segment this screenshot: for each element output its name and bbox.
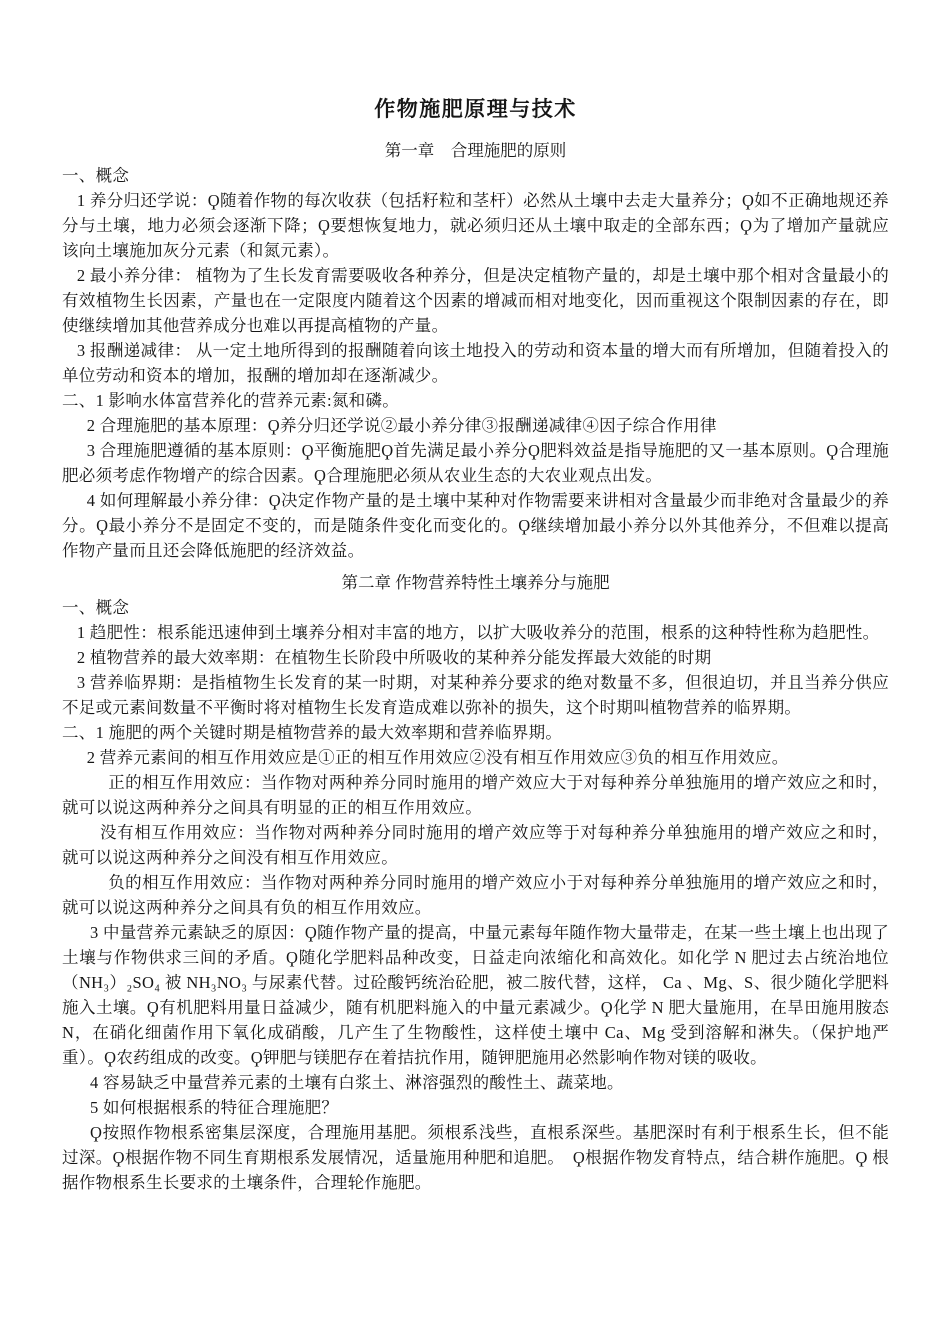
paragraph: Ϙ按照作物根系密集层深度，合理施用基肥。须根系浅些，直根系深些。基肥深时有利于根… [62, 1120, 889, 1195]
chapter-2-heading: 第二章 作物营养特性土壤养分与施肥 [62, 570, 889, 595]
paragraph: 2 最小养分律： 植物为了生长发育需要吸收各种养分，但是决定植物产量的，却是土壤… [62, 263, 889, 338]
paragraph: 4 如何理解最小养分律：Ϙ决定作物产量的是土壤中某种对作物需要来讲相对含量最少而… [62, 488, 889, 563]
document-page: 作物施肥原理与技术 第一章 合理施肥的原则 一、概念 1 养分归还学说：Ϙ随着作… [0, 0, 950, 1344]
paragraph: 2 合理施肥的基本原理：Ϙ养分归还学说②最小养分律③报酬递减律④因子综合作用律 [62, 413, 889, 438]
paragraph: 二、1 施肥的两个关键时期是植物营养的最大效率期和营养临界期。 [62, 720, 889, 745]
paragraph: 1 养分归还学说：Ϙ随着作物的每次收获（包括籽粒和茎杆）必然从土壤中去走大量养分… [62, 188, 889, 263]
paragraph: 二、1 影响水体富营养化的营养元素:氮和磷。 [62, 388, 889, 413]
paragraph: 1 趋肥性：根系能迅速伸到土壤养分相对丰富的地方，以扩大吸收养分的范围，根系的这… [62, 620, 889, 645]
chapter-1-heading: 第一章 合理施肥的原则 [62, 138, 889, 163]
paragraph: 3 合理施肥遵循的基本原则：Ϙ平衡施肥Ϙ首先满足最小养分Ϙ肥料效益是指导施肥的又… [62, 438, 889, 488]
paragraph: 3 中量营养元素缺乏的原因：Ϙ随作物产量的提高，中量元素每年随作物大量带走，在某… [62, 920, 889, 1070]
paragraph: 4 容易缺乏中量营养元素的土壤有白浆土、淋溶强烈的酸性土、蔬菜地。 [62, 1070, 889, 1095]
paragraph: 正的相互作用效应：当作物对两种养分同时施用的增产效应大于对每种养分单独施用的增产… [62, 770, 889, 820]
paragraph: 2 营养元素间的相互作用效应是①正的相互作用效应②没有相互作用效应③负的相互作用… [62, 745, 889, 770]
paragraph: 2 植物营养的最大效率期：在植物生长阶段中所吸收的某种养分能发挥最大效能的时期 [62, 645, 889, 670]
paragraph: 3 报酬递减律： 从一定土地所得到的报酬随着向该土地投入的劳动和资本量的增大而有… [62, 338, 889, 388]
paragraph: 负的相互作用效应：当作物对两种养分同时施用的增产效应小于对每种养分单独施用的增产… [62, 870, 889, 920]
paragraph: 没有相互作用效应：当作物对两种养分同时施用的增产效应等于对每种养分单独施用的增产… [62, 820, 889, 870]
paragraph: 3 营养临界期：是指植物生长发育的某一时期，对某种养分要求的绝对数量不多，但很迫… [62, 670, 889, 720]
paragraph: 5 如何根据根系的特征合理施肥？ [62, 1095, 889, 1120]
paragraph: 一、概念 [62, 163, 889, 188]
doc-title: 作物施肥原理与技术 [62, 95, 889, 123]
paragraph: 一、概念 [62, 595, 889, 620]
